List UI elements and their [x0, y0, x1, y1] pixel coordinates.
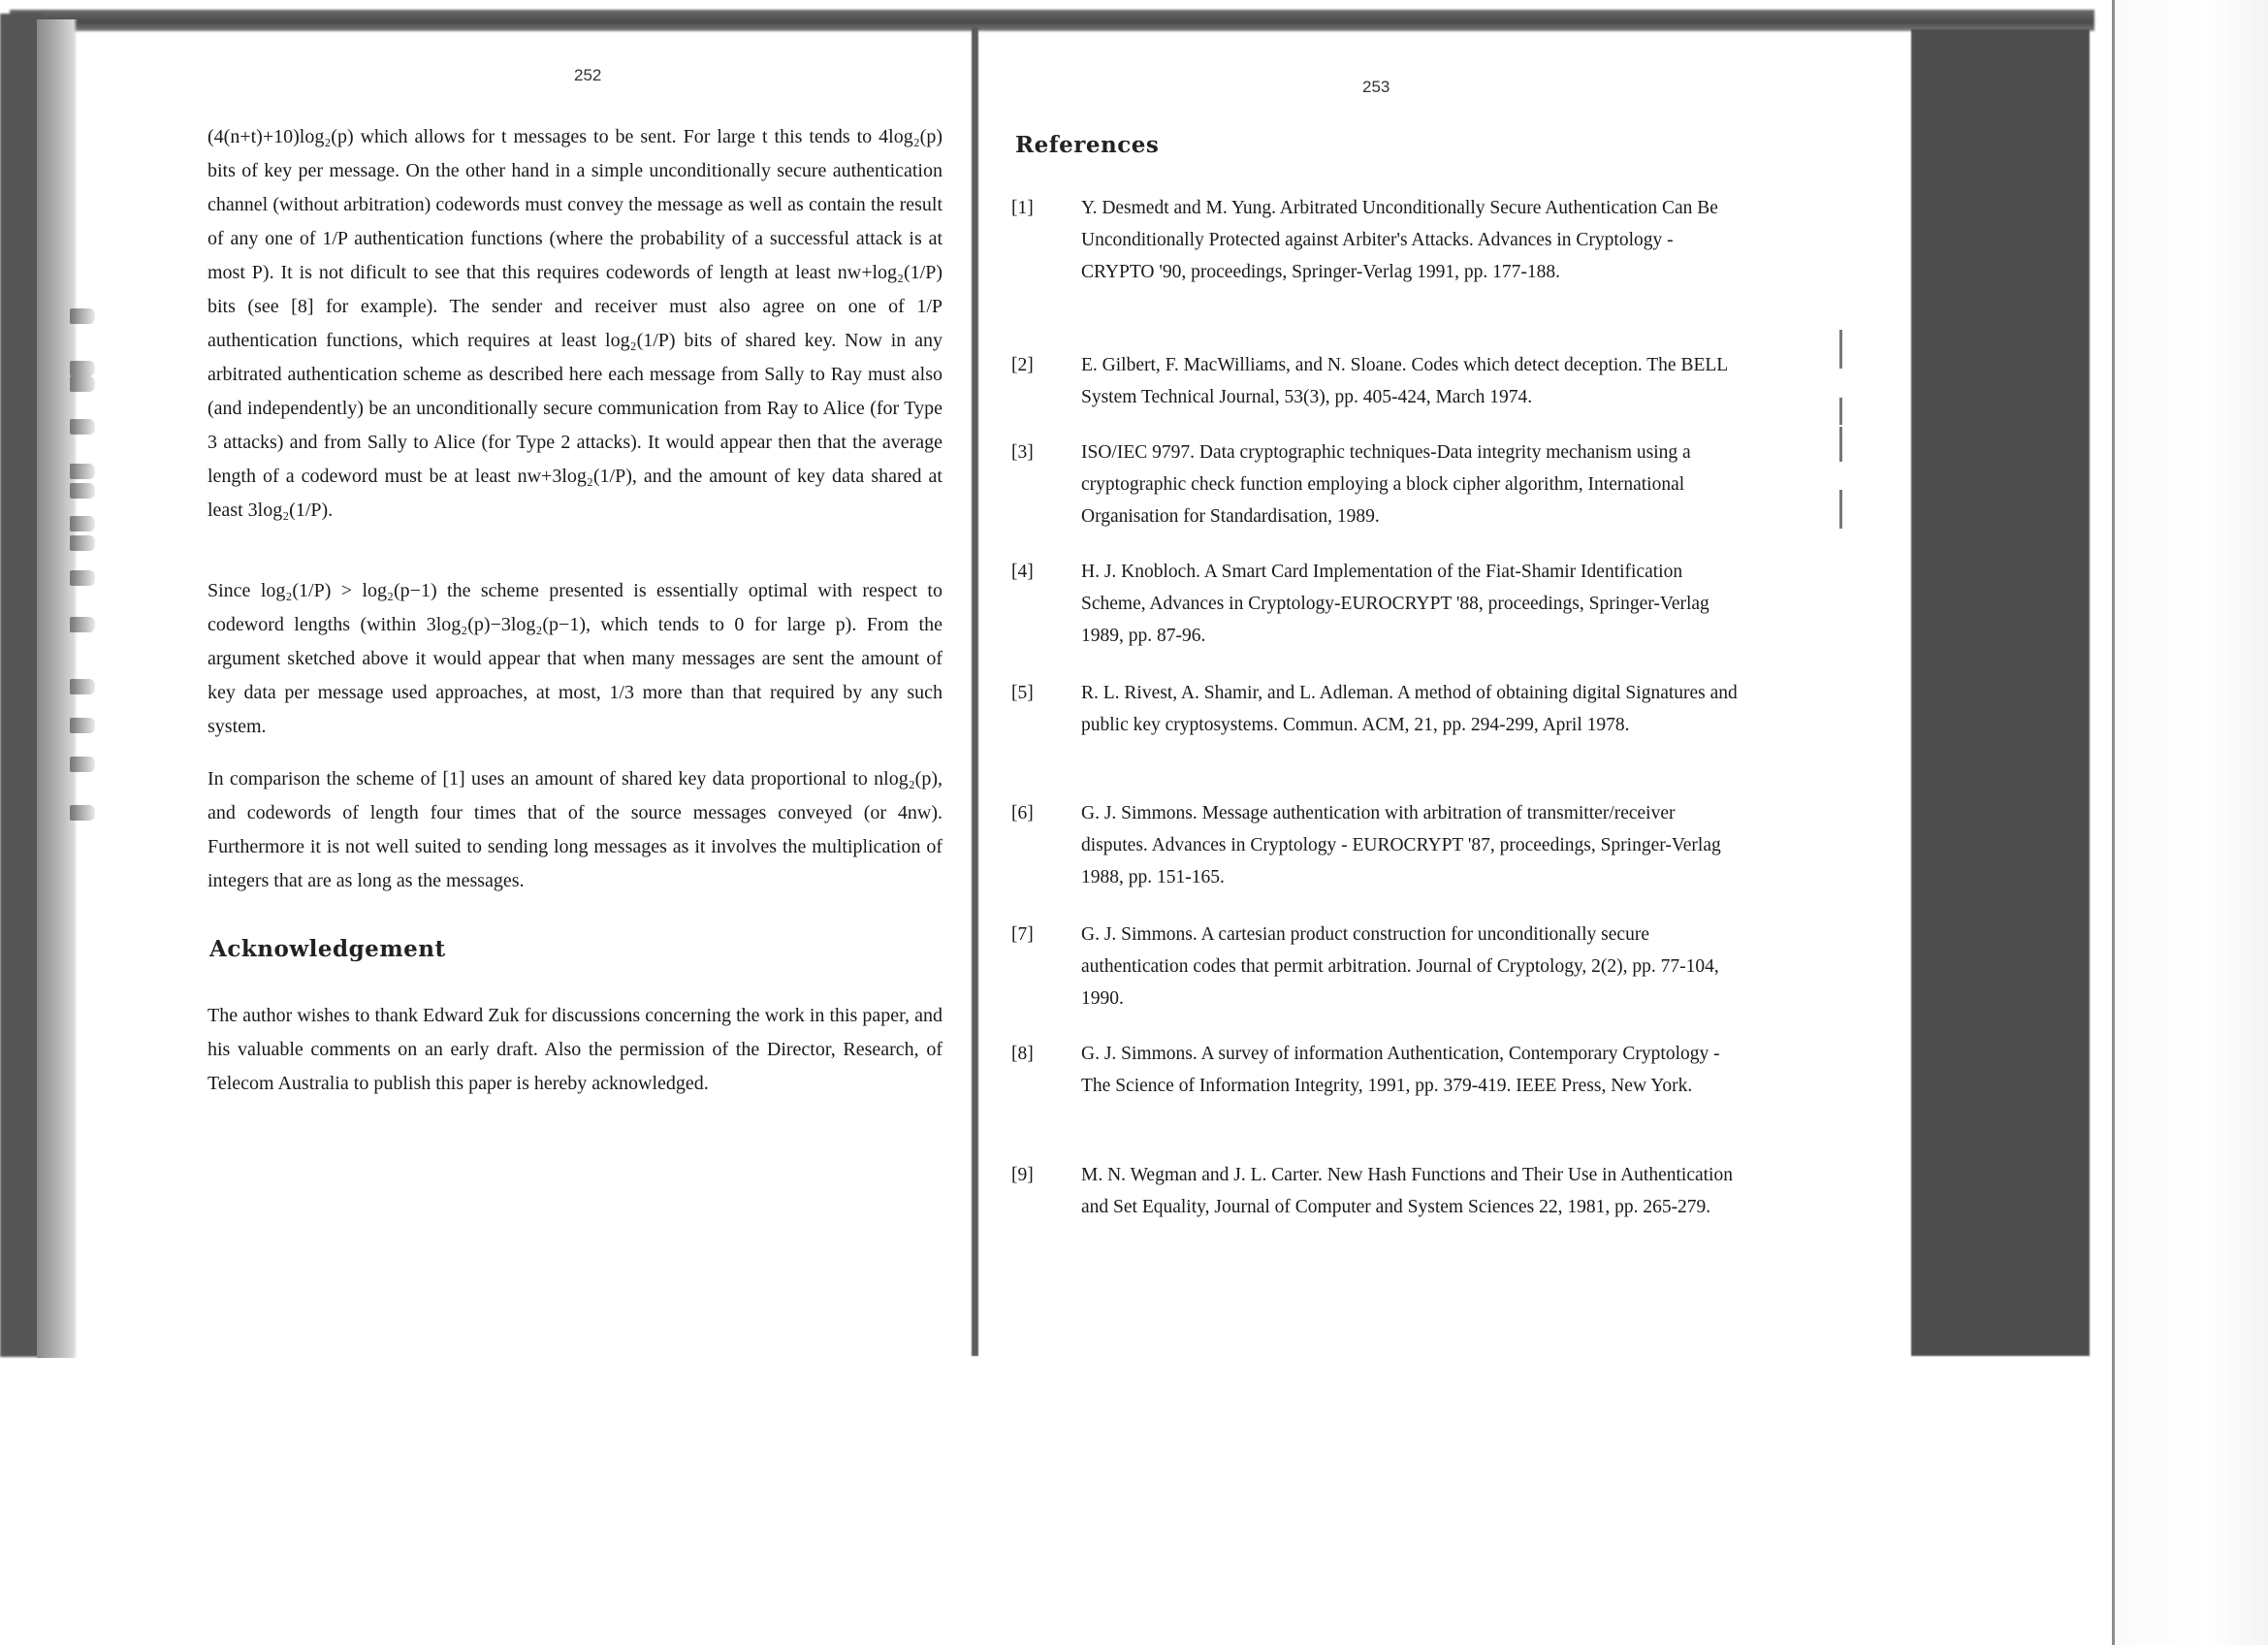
scanned-book-spread: 252 (4(n+t)+10)log₂(p) which allows for … [0, 0, 2268, 1645]
reference-text: R. L. Rivest, A. Shamir, and L. Adleman.… [1081, 677, 1741, 741]
binding-mark [70, 570, 95, 586]
reference-number: [1] [1011, 192, 1034, 224]
reference-text: Y. Desmedt and M. Yung. Arbitrated Uncon… [1081, 192, 1741, 288]
binding-mark [70, 516, 95, 532]
margin-mark [1839, 398, 1842, 425]
binding-mark [70, 308, 95, 324]
reference-number: [2] [1011, 349, 1034, 381]
reference-text: G. J. Simmons. Message authentication wi… [1081, 797, 1741, 893]
binding-mark [70, 483, 95, 499]
binding-mark [70, 464, 95, 479]
binding-mark [70, 805, 95, 821]
binding-mark [70, 718, 95, 733]
acknowledgement-heading: Acknowledgement [209, 936, 446, 962]
page-number: 252 [574, 66, 601, 85]
reference-text: E. Gilbert, F. MacWilliams, and N. Sloan… [1081, 349, 1741, 413]
margin-mark [1839, 330, 1842, 369]
reference-number: [8] [1011, 1038, 1034, 1070]
binding-mark [70, 679, 95, 694]
binding-mark [70, 535, 95, 551]
references-heading: References [1015, 132, 1159, 158]
binding-mark [70, 376, 95, 392]
binding-mark [70, 419, 95, 435]
reference-number: [9] [1011, 1159, 1034, 1191]
reference-number: [4] [1011, 556, 1034, 588]
center-gutter-line [972, 27, 978, 1356]
body-paragraph-3: In comparison the scheme of [1] uses an … [208, 762, 942, 898]
binding-mark [70, 757, 95, 772]
scan-margin [2115, 0, 2268, 1645]
reference-number: [7] [1011, 919, 1034, 951]
acknowledgement-text: The author wishes to thank Edward Zuk fo… [208, 999, 942, 1101]
margin-mark [1839, 427, 1842, 462]
binding-mark [70, 617, 95, 632]
reference-text: M. N. Wegman and J. L. Carter. New Hash … [1081, 1159, 1741, 1223]
reference-number: [3] [1011, 436, 1034, 468]
page-number: 253 [1362, 78, 1390, 97]
right-page-shadow-band [1911, 29, 2090, 1356]
reference-text: ISO/IEC 9797. Data cryptographic techniq… [1081, 436, 1741, 532]
reference-text: G. J. Simmons. A survey of information A… [1081, 1038, 1741, 1102]
binding-mark [70, 361, 95, 376]
top-binding-shadow [10, 10, 2094, 31]
reference-text: H. J. Knobloch. A Smart Card Implementat… [1081, 556, 1741, 652]
body-paragraph-1: (4(n+t)+10)log₂(p) which allows for t me… [208, 120, 942, 528]
reference-number: [6] [1011, 797, 1034, 829]
body-paragraph-2: Since log₂(1/P) > log₂(p−1) the scheme p… [208, 574, 942, 744]
reference-number: [5] [1011, 677, 1034, 709]
margin-mark [1839, 490, 1842, 529]
reference-text: G. J. Simmons. A cartesian product const… [1081, 919, 1741, 1015]
